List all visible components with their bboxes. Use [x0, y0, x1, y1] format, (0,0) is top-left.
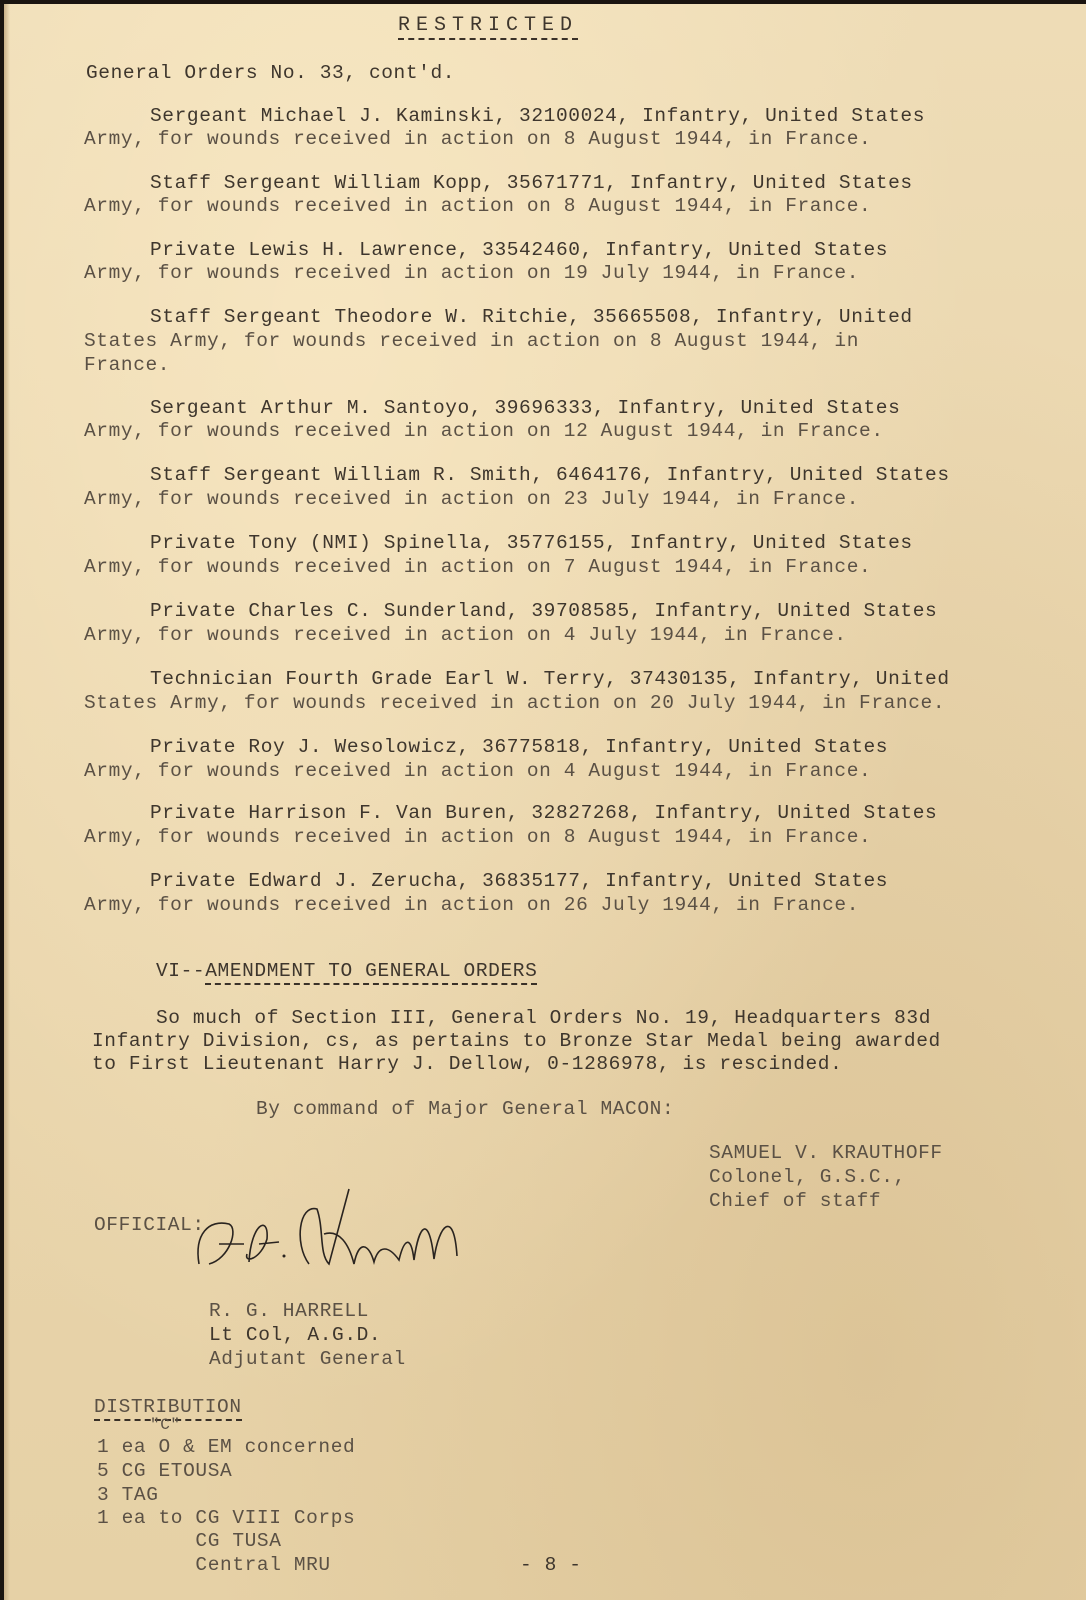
chief-of-staff-role: Chief of staff	[709, 1190, 881, 1212]
section-body-line: So much of Section III, General Orders N…	[156, 1007, 931, 1029]
section-body-line: to First Lieutenant Harry J. Dellow, 0-1…	[92, 1053, 842, 1075]
entry-line: Army, for wounds received in action on 4…	[84, 760, 871, 782]
entry-line: Private Harrison F. Van Buren, 32827268,…	[150, 802, 937, 824]
distribution-code: "C"	[150, 1416, 181, 1434]
entry-line: Technician Fourth Grade Earl W. Terry, 3…	[150, 668, 950, 690]
classification-header: RESTRICTED	[398, 14, 578, 40]
section-number: VI--	[156, 960, 205, 982]
entry-line: Army, for wounds received in action on 8…	[84, 128, 871, 150]
entry-line: Private Lewis H. Lawrence, 33542460, Inf…	[150, 239, 888, 261]
entry-line: Army, for wounds received in action on 2…	[84, 894, 859, 916]
handwritten-signature	[189, 1184, 489, 1274]
entry-line: Private Roy J. Wesolowicz, 36775818, Inf…	[150, 736, 888, 758]
command-line: By command of Major General MACON:	[256, 1098, 674, 1120]
entry-line: States Army, for wounds received in acti…	[84, 692, 945, 714]
section-title: AMENDMENT TO GENERAL ORDERS	[205, 960, 537, 985]
distribution-line: 3 TAG	[97, 1484, 159, 1506]
entry-line: Private Edward J. Zerucha, 36835177, Inf…	[150, 870, 888, 892]
distribution-line: 1 ea O & EM concerned	[97, 1436, 355, 1458]
entry-line: Army, for wounds received in action on 8…	[84, 826, 871, 848]
entry-line: Army, for wounds received in action on 1…	[84, 420, 884, 442]
entry-line: Private Charles C. Sunderland, 39708585,…	[150, 600, 937, 622]
section-heading: VI--AMENDMENT TO GENERAL ORDERS	[156, 960, 537, 982]
entry-line: Staff Sergeant William Kopp, 35671771, I…	[150, 172, 913, 194]
entry-line: States Army, for wounds received in acti…	[84, 330, 859, 352]
chief-of-staff-title: Colonel, G.S.C.,	[709, 1166, 906, 1188]
entry-line: Army, for wounds received in action on 8…	[84, 195, 871, 217]
official-title: Lt Col, A.G.D.	[209, 1324, 381, 1346]
distribution-line: 1 ea to CG VIII Corps	[97, 1507, 355, 1529]
official-name: R. G. HARRELL	[209, 1300, 369, 1322]
entry-line: Sergeant Arthur M. Santoyo, 39696333, In…	[150, 397, 900, 419]
continuation-line: General Orders No. 33, cont'd.	[86, 62, 455, 84]
entry-line: Army, for wounds received in action on 1…	[84, 262, 859, 284]
distribution-line: Central MRU	[97, 1554, 331, 1576]
entry-line: Private Tony (NMI) Spinella, 35776155, I…	[150, 532, 913, 554]
entry-line: Staff Sergeant Theodore W. Ritchie, 3566…	[150, 306, 913, 328]
section-body-line: Infantry Division, cs, as pertains to Br…	[92, 1030, 941, 1052]
distribution-line: 5 CG ETOUSA	[97, 1460, 232, 1482]
entry-line: Army, for wounds received in action on 4…	[84, 624, 847, 646]
document-page: RESTRICTED General Orders No. 33, cont'd…	[4, 4, 1086, 1600]
entry-line: Staff Sergeant William R. Smith, 6464176…	[150, 464, 950, 486]
entry-line: Army, for wounds received in action on 7…	[84, 556, 871, 578]
entry-line: Army, for wounds received in action on 2…	[84, 488, 859, 510]
chief-of-staff-name: SAMUEL V. KRAUTHOFF	[709, 1142, 943, 1164]
official-role: Adjutant General	[209, 1348, 406, 1370]
page-number: - 8 -	[520, 1554, 582, 1576]
entry-line: Sergeant Michael J. Kaminski, 32100024, …	[150, 105, 925, 127]
distribution-line: CG TUSA	[97, 1530, 282, 1552]
entry-line: France.	[84, 354, 170, 376]
